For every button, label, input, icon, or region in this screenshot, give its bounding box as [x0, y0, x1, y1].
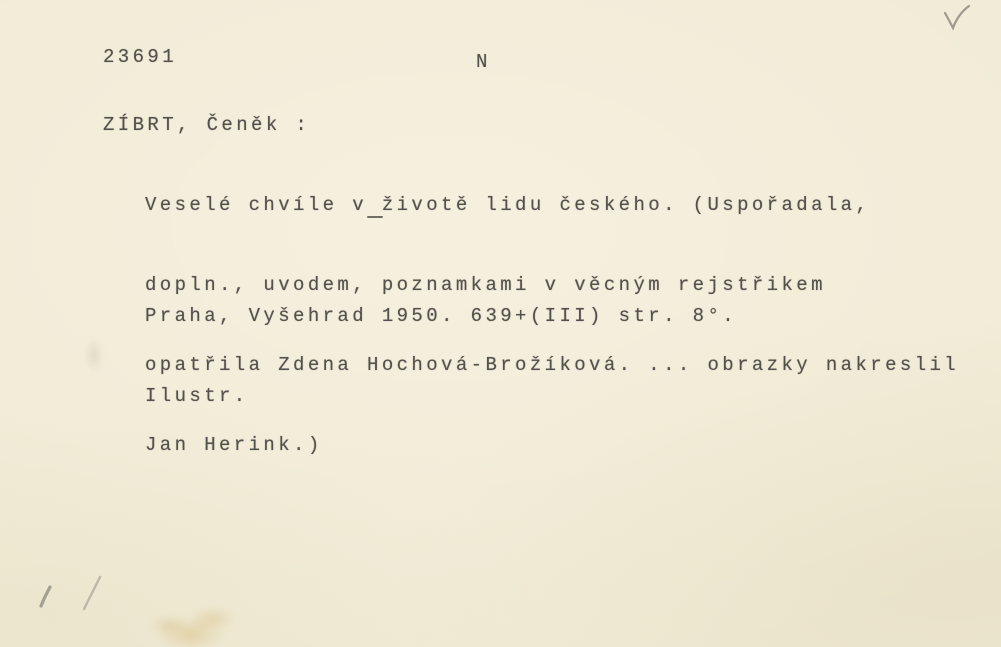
- underline-mark: [367, 216, 383, 218]
- author-heading: ZÍBRT, Čeněk :: [103, 112, 310, 139]
- catalog-number: 23691: [103, 44, 177, 71]
- slash-annotation: [41, 577, 100, 609]
- letter-mark: N: [476, 49, 491, 76]
- title-line: Veselé chvíle v životě lidu českého. (Us…: [145, 192, 959, 219]
- paper-stain: [130, 592, 240, 647]
- checkmark-annotation: [945, 6, 969, 28]
- erased-smudge: [80, 335, 108, 385]
- imprint-block: Praha, Vyšehrad 1950. 639+(III) str. 8°.…: [145, 250, 737, 463]
- imprint-line: Praha, Vyšehrad 1950. 639+(III) str. 8°.: [145, 303, 737, 330]
- catalog-card: 23691 N ZÍBRT, Čeněk : Veselé chvíle v ž…: [0, 0, 1001, 647]
- imprint-line: Ilustr.: [145, 383, 737, 410]
